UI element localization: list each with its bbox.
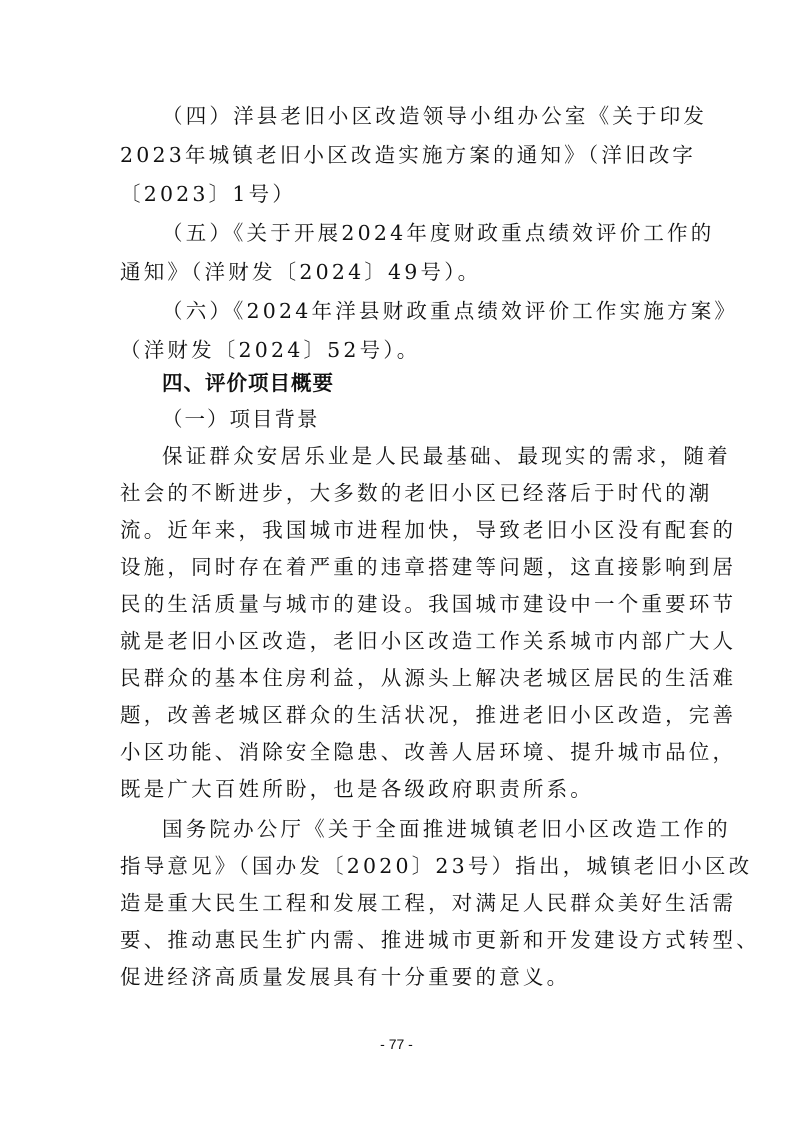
page-number: - 77 - [0,1036,793,1052]
paragraph-1-line: 题，改善老城区群众的生活状况，推进老旧小区改造，完善 [120,700,680,730]
paragraph-1-line: 就是老旧小区改造，老旧小区改造工作关系城市内部广大人 [120,626,680,656]
paragraph-2-line: 促进经济高质量发展具有十分重要的意义。 [120,962,680,992]
paragraph-2-line: 要、推动惠民生扩内需、推进城市更新和开发建设方式转型、 [120,925,680,955]
paragraph-1-line: 民的生活质量与城市的建设。我国城市建设中一个重要环节 [120,589,680,619]
reference-item-6-line-1: （六）《2024年洋县财政重点绩效评价工作实施方案》 [162,296,722,326]
paragraph-1-line: 保证群众安居乐业是人民最基础、最现实的需求，随着 [162,441,722,471]
paragraph-2-line: 造是重大民生工程和发展工程，对满足人民群众美好生活需 [120,888,680,918]
reference-item-5-line-2: 通知》（洋财发〔2024〕49号）。 [120,257,680,287]
paragraph-1-line: 既是广大百姓所盼，也是各级政府职责所系。 [120,774,680,804]
paragraph-2-line: 指导意见》（国办发〔2020〕23号）指出，城镇老旧小区改 [120,851,680,881]
paragraph-1-line: 流。近年来，我国城市进程加快，导致老旧小区没有配套的 [120,515,680,545]
document-page: （四）洋县老旧小区改造领导小组办公室《关于印发 2023年城镇老旧小区改造实施方… [0,0,793,1122]
paragraph-1-line: 设施，同时存在着严重的违章搭建等问题，这直接影响到居 [120,552,680,582]
reference-item-4-line-3: 〔2023〕1号） [120,179,680,209]
reference-item-6-line-2: （洋财发〔2024〕52号）。 [120,335,680,365]
reference-item-5-line-1: （五）《关于开展2024年度财政重点绩效评价工作的 [162,218,722,248]
paragraph-1-line: 民群众的基本住房利益，从源头上解决老城区居民的生活难 [120,663,680,693]
paragraph-1-line: 社会的不断进步，大多数的老旧小区已经落后于时代的潮 [120,478,680,508]
reference-item-4-line-1: （四）洋县老旧小区改造领导小组办公室《关于印发 [162,101,722,131]
paragraph-1-line: 小区功能、消除安全隐患、改善人居环境、提升城市品位， [120,737,680,767]
section-heading: 四、评价项目概要 [162,368,722,398]
subsection-heading: （一）项目背景 [162,404,722,434]
paragraph-2-line: 国务院办公厅《关于全面推进城镇老旧小区改造工作的 [162,814,722,844]
reference-item-4-line-2: 2023年城镇老旧小区改造实施方案的通知》（洋旧改字 [120,140,680,170]
